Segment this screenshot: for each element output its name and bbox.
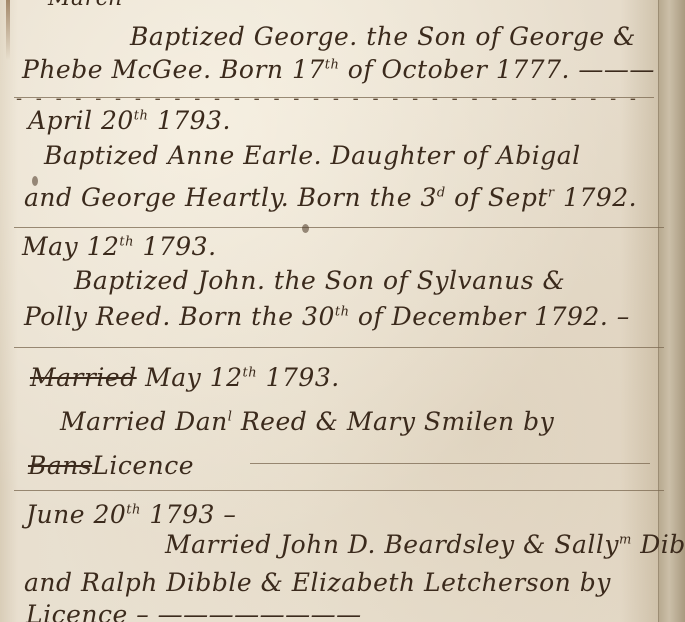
entry-1-line-2: and George Heartly. Born the 3d of Septr… [24, 183, 637, 212]
struck-word: Bans [28, 451, 92, 480]
rule-line [250, 463, 650, 464]
entry-0-line-1: Baptized George. the Son of George & [130, 22, 636, 51]
entry-1-date: April 20th 1793. [28, 106, 231, 135]
entry-3-line-2: BansLicence [28, 451, 194, 480]
entry-0-line-2: Phebe McGee. Born 17th of October 1777. … [22, 55, 655, 84]
rule-line [14, 227, 664, 228]
book-gutter [658, 0, 685, 622]
entry-2-line-1: Baptized John. the Son of Sylvanus & [74, 266, 565, 295]
entry-4-date: June 20th 1793 – [26, 500, 236, 529]
rule-line [14, 97, 654, 98]
entry-1-line-1: Baptized Anne Earle. Daughter of Abigal [44, 141, 581, 170]
entry-3-line-1: Married Danl Reed & Mary Smilen by [60, 407, 554, 436]
rule-line [14, 490, 664, 491]
entry-3-date: Married May 12th 1793. [30, 363, 340, 392]
ink-blot [32, 176, 38, 186]
ink-blot [302, 224, 309, 233]
entry-0-header: March [48, 0, 123, 11]
struck-word: Married [30, 363, 137, 392]
entry-2-date: May 12th 1793. [22, 232, 217, 261]
rule-line [14, 347, 664, 348]
register-page: March Baptized George. the Son of George… [0, 0, 685, 622]
entry-4-line-3: Licence – ———————— [26, 600, 362, 622]
entry-4-line-2: and Ralph Dibble & Elizabeth Letcherson … [24, 568, 611, 597]
entry-2-line-2: Polly Reed. Born the 30th of December 17… [24, 302, 630, 331]
entry-4-line-1: Married John D. Beardsley & Sallym Dibbl… [165, 530, 685, 559]
page-edge [6, 0, 10, 60]
